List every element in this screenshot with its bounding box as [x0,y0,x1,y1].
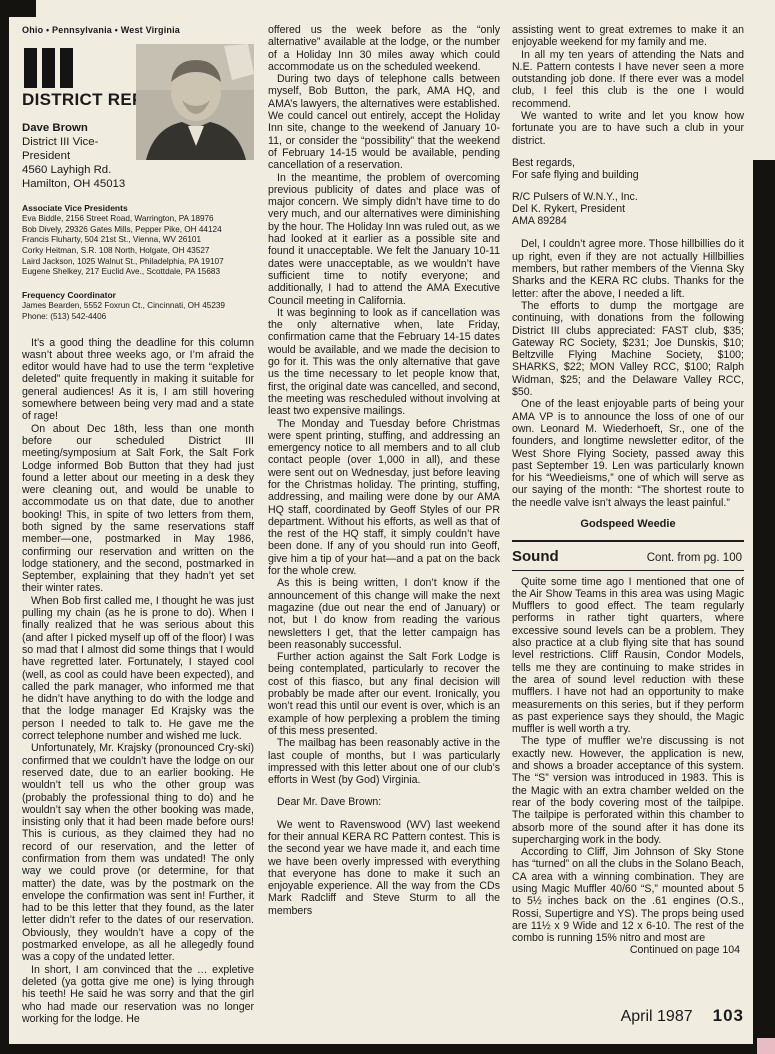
paragraph: The efforts to dump the mortgage are con… [512,300,744,398]
officer-city: Hamilton, OH 45013 [22,177,140,191]
column-2-text: offered us the week before as the “only … [268,24,500,786]
associate-vp-entry: Eva Biddle, 2156 Street Road, Warrington… [22,214,254,225]
paragraph: On about Dec 18th, less than one month b… [22,423,254,595]
scan-sliver [757,1038,775,1054]
paragraph: In short, I am convinced that the … expl… [22,964,254,1025]
column-1: Ohio • Pennsylvania • West Virginia DIST… [22,24,254,1025]
continued-on-label: Continued on page 104 [512,944,744,956]
associate-vps-block: Associate Vice Presidents Eva Biddle, 21… [22,203,254,278]
column-1-text: It’s a good thing the deadline for this … [22,337,254,1026]
region-label: Ohio • Pennsylvania • West Virginia [22,24,254,36]
magazine-page: Ohio • Pennsylvania • West Virginia DIST… [0,0,775,1054]
paragraph: One of the least enjoyable parts of bein… [512,398,744,509]
paragraph: Unfortunately, Mr. Krajsky (pronounced C… [22,742,254,963]
godspeed-signoff: Godspeed Weedie [512,518,744,530]
dave-brown-photo [136,44,254,190]
page-number: 103 [713,1006,744,1026]
paragraph: As this is being written, I don’t know i… [268,577,500,651]
letter-continuation: assisting went to great extremes to make… [512,24,744,147]
scan-edge-right [753,160,775,1054]
paragraph: During two days of telephone calls betwe… [268,73,500,171]
officer-name: Dave Brown [22,121,140,135]
paragraph: It’s a good thing the deadline for this … [22,337,254,423]
paragraph: assisting went to great extremes to make… [512,24,744,49]
continued-from-label: Cont. from pg. 100 [647,552,742,564]
scan-edge-left [0,0,9,1054]
paragraph: Further action against the Salt Fork Lod… [268,651,500,737]
district-report-title: DISTRICT REPORT [22,94,140,106]
paragraph: When Bob first called me, I thought he w… [22,595,254,743]
officer-address: 4560 Layhigh Rd. [22,163,140,177]
frequency-coordinator-block: Frequency Coordinator James Bearden, 555… [22,290,254,323]
column-2: offered us the week before as the “only … [268,24,500,917]
associate-vp-entry: Eugene Shelkey, 217 Euclid Ave., Scottda… [22,267,254,278]
paragraph: In all my ten years of attending the Nat… [512,49,744,110]
frequency-coordinator-entry: James Bearden, 5552 Foxrun Ct., Cincinna… [22,301,254,312]
associate-vp-entry: Laird Jackson, 1025 Walnut St., Philadel… [22,257,254,268]
paragraph: The mailbag has been reasonably active i… [268,737,500,786]
associate-vp-entry: Corky Heitman, S.R. 108 North, Holgate, … [22,246,254,257]
sound-section-text: Quite some time ago I mentioned that one… [512,576,744,945]
issue-date: April 1987 [621,1008,693,1026]
paragraph: The type of muffler we’re discussing is … [512,735,744,846]
signature-line: Del K. Rykert, President [512,203,744,215]
scan-edge-bottom [0,1044,775,1054]
associate-vp-entry: Bob Dively, 29326 Gates Mills, Pepper Pi… [22,225,254,236]
letter-closing: Best regards,For safe flying and buildin… [512,157,744,182]
editor-reply: Del, I couldn’t agree more. Those hillbi… [512,238,744,509]
paragraph: We wanted to write and let you know how … [512,110,744,147]
letter-salutation: Dear Mr. Dave Brown: [268,796,500,808]
letter-signature: R/C Pulsers of W.N.Y., Inc.Del K. Rykert… [512,191,744,228]
closing-line: Best regards, [512,157,744,169]
paragraph: We went to Ravenswood (WV) last weekend … [268,819,500,917]
paragraph: The Monday and Tuesday before Christmas … [268,418,500,578]
page-footer: April 1987 103 [512,1006,744,1026]
logo-bar [42,48,55,88]
district-iii-logo [24,48,140,88]
closing-line: For safe flying and building [512,169,744,181]
column-3: assisting went to great extremes to make… [512,24,744,957]
signature-line: AMA 89284 [512,215,744,227]
sound-section-header: Sound Cont. from pg. 100 [512,542,744,569]
sound-section-title: Sound [512,551,559,563]
associate-vp-entry: Francis Fluharty, 504 21st St., Vienna, … [22,235,254,246]
associate-vps-heading: Associate Vice Presidents [22,203,254,214]
paragraph: In the meantime, the problem of overcomi… [268,172,500,307]
logo-bar [60,48,73,88]
scan-edge-top-left [0,0,36,17]
officer-title: District III Vice-President [22,135,140,163]
paragraph: Quite some time ago I mentioned that one… [512,576,744,736]
paragraph: Del, I couldn’t agree more. Those hillbi… [512,238,744,299]
paragraph: According to Cliff, Jim Johnson of Sky S… [512,846,744,944]
sound-header-underline [512,570,744,571]
district-header: DISTRICT REPORT Dave Brown District III … [22,46,254,190]
frequency-coordinator-heading: Frequency Coordinator [22,290,254,301]
paragraph: It was beginning to look as if cancellat… [268,307,500,418]
officer-block: Dave Brown District III Vice-President 4… [22,121,140,191]
logo-bar [24,48,37,88]
signature-line: R/C Pulsers of W.N.Y., Inc. [512,191,744,203]
paragraph: offered us the week before as the “only … [268,24,500,73]
frequency-coordinator-entry: Phone: (513) 542-4406 [22,312,254,323]
